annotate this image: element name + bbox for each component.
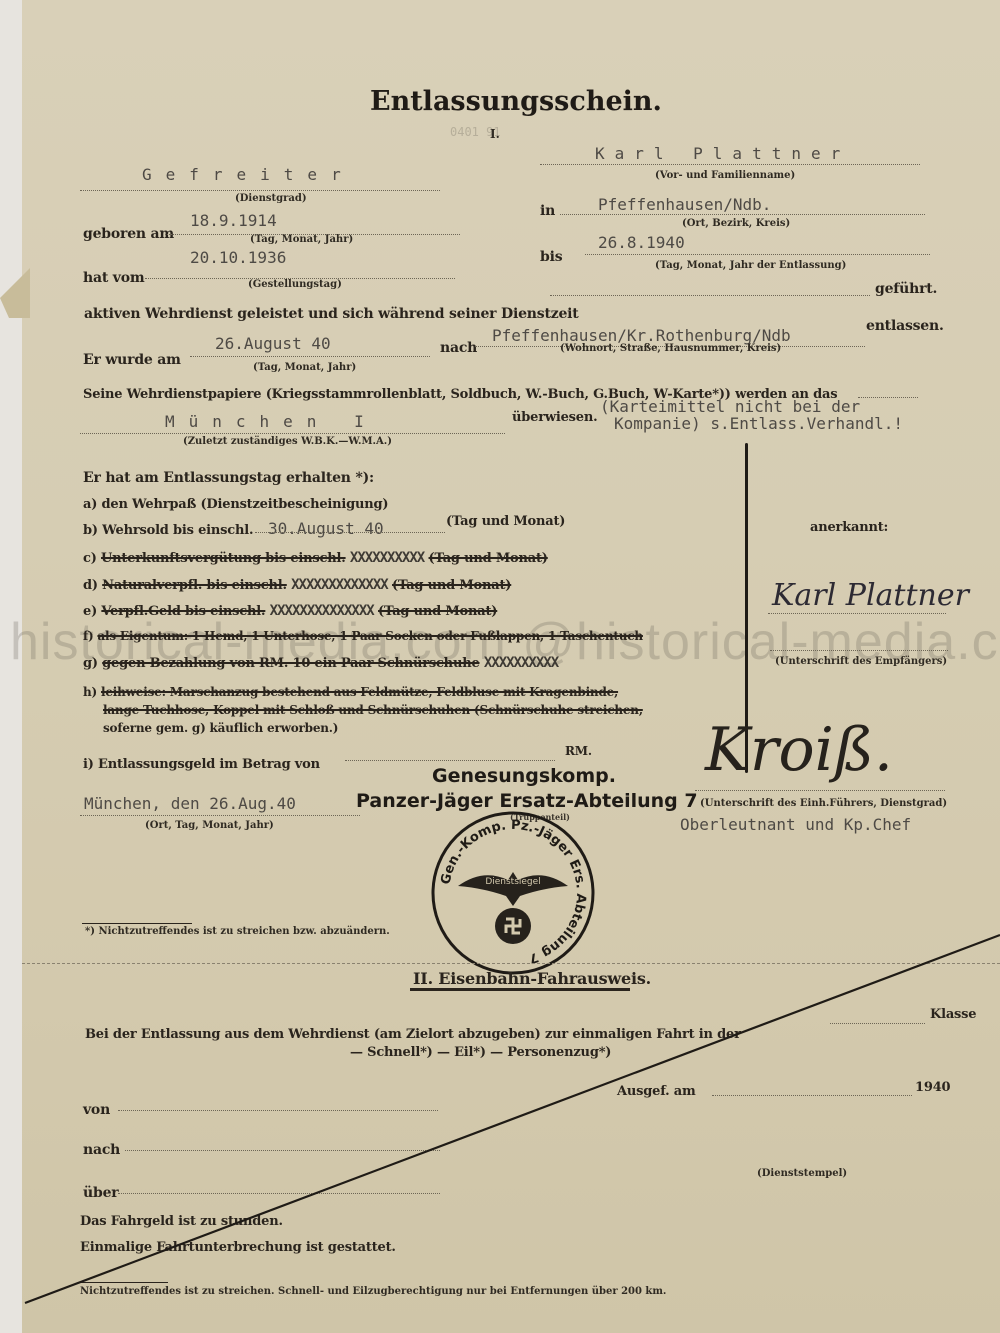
received-item-c: c) Unterkunftsvergütung bis einschl. XXX… — [83, 550, 548, 566]
rank-caption: (Dienstgrad) — [235, 193, 307, 204]
received-item-i-suffix: RM. — [565, 744, 592, 758]
official-seal-icon: Gen.-Komp. Pz.-Jäger Ers. Abteilung 7 Di… — [428, 808, 598, 978]
faded-stamp: 0401 91 — [450, 125, 501, 139]
papers-office: München I — [165, 412, 378, 431]
received-item-d: d) Naturalverpfl. bis einschl. XXXXXXXXX… — [83, 577, 511, 593]
section-two-sentence: Bei der Entlassung aus dem Wehrdienst (a… — [85, 1027, 741, 1042]
birth-caption: (Tag, Monat, Jahr) — [250, 234, 353, 245]
rank-value: Gefreiter — [142, 165, 355, 184]
from-label: hat vom — [83, 270, 144, 286]
class-line — [830, 1023, 925, 1024]
footnote: *) Nichtzutreffendes ist zu streichen bz… — [85, 926, 390, 937]
received-heading: Er hat am Entlassungstag erhalten *): — [83, 470, 374, 486]
birthplace-line — [560, 214, 925, 215]
received-item-b-value: 30.August 40 — [268, 519, 384, 538]
acknowledged-label: anerkannt: — [810, 520, 888, 535]
discharged-end: entlassen. — [866, 318, 944, 334]
from-value: 20.10.1936 — [190, 248, 286, 267]
place-date-line — [80, 815, 360, 816]
commander-signature: Kroiß. — [705, 715, 893, 785]
recipient-signature: Karl Plattner — [772, 578, 969, 613]
document-title: Entlassungsschein. — [370, 86, 662, 117]
place-date-caption: (Ort, Tag, Monat, Jahr) — [145, 820, 274, 831]
papers-office-line — [80, 433, 505, 434]
received-item-b: b) Wehrsold bis einschl. — [83, 523, 253, 538]
until-line — [585, 254, 930, 255]
name-line — [540, 164, 920, 165]
until-value: 26.8.1940 — [598, 233, 685, 252]
folded-corner — [0, 268, 30, 318]
to-station-field[interactable] — [125, 1150, 440, 1151]
break-note: Einmalige Fahrtunterbrechung ist gestatt… — [80, 1240, 396, 1255]
received-item-b-line — [255, 532, 445, 533]
service-end: geführt. — [875, 281, 937, 297]
birthplace-value: Pfeffenhausen/Ndb. — [598, 195, 771, 214]
from-station-label: von — [83, 1102, 110, 1118]
train-types: — Schnell*) — Eil*) — Personenzug*) — [350, 1045, 611, 1060]
received-item-e: e) Verpfl.Geld bis einschl. XXXXXXXXXXXX… — [83, 603, 497, 619]
commander-caption: (Unterschrift des Einh.Führers, Dienstgr… — [700, 798, 947, 809]
issued-label: Ausgef. am — [617, 1084, 696, 1099]
received-item-i: i) Entlassungsgeld im Betrag von — [83, 757, 320, 772]
stamp-caption: (Dienststempel) — [757, 1168, 847, 1179]
class-label: Klasse — [930, 1007, 976, 1022]
birth-label: geboren am — [83, 226, 174, 242]
name-value: Karl Plattner — [595, 144, 850, 163]
until-caption: (Tag, Monat, Jahr der Entlassung) — [655, 260, 846, 271]
received-item-h: h) leihweise: Marschanzug bestehend aus … — [83, 683, 643, 737]
acknowledged-caption: (Unterschrift des Empfängers) — [775, 656, 947, 667]
issued-year: 1940 — [915, 1080, 950, 1095]
birthplace-caption: (Ort, Bezirk, Kreis) — [682, 218, 790, 229]
commander-rank: Oberleutnant und Kp.Chef — [680, 815, 911, 834]
unit-stamp-line1: Genesungskomp. — [432, 765, 616, 787]
to-station-label: nach — [83, 1142, 120, 1158]
destination-caption: (Wohnort, Straße, Hausnummer, Kreis) — [560, 343, 781, 354]
svg-text:Dienstsiegel: Dienstsiegel — [485, 877, 540, 887]
section-divider — [22, 963, 1000, 964]
discharged-date: 26.August 40 — [215, 334, 331, 353]
via-station-label: über — [83, 1185, 118, 1201]
received-item-b-suffix: (Tag und Monat) — [446, 514, 565, 529]
recipient-signature-line — [768, 613, 946, 614]
service-line — [550, 295, 870, 296]
rank-line — [80, 190, 440, 191]
received-item-f: f) als Eigentum: 1 Hemd, 1 Unterhose, 1 … — [83, 629, 643, 643]
section-two-title: II. Eisenbahn-Fahrausweis. — [413, 969, 651, 988]
received-item-i-line — [345, 760, 555, 761]
received-item-a: a) den Wehrpaß (Dienstzeitbescheinigung) — [83, 497, 388, 512]
discharged-date-caption: (Tag, Monat, Jahr) — [253, 362, 356, 373]
recipient-signature-line-2 — [770, 650, 948, 651]
until-label: bis — [540, 249, 562, 265]
section-two-underline — [410, 988, 630, 991]
via-station-field[interactable] — [118, 1193, 440, 1194]
place-date-value: München, den 26.Aug.40 — [84, 794, 296, 813]
discharged-date-line — [190, 356, 430, 357]
birth-value: 18.9.1914 — [190, 211, 277, 230]
received-item-g: g) gegen Bezahlung von RM. 10 ein Paar S… — [83, 655, 558, 671]
issued-line — [712, 1095, 912, 1096]
from-caption: (Gestellungstag) — [248, 279, 342, 290]
footnote-two-rule — [80, 1282, 168, 1283]
fare-note: Das Fahrgeld ist zu stunden. — [80, 1214, 283, 1229]
discharged-to-label: nach — [440, 340, 477, 356]
birthplace-label: in — [540, 203, 555, 219]
section-two-footnote: Nichtzutreffendes ist zu streichen. Schn… — [80, 1286, 666, 1297]
discharged-label: Er wurde am — [83, 352, 181, 368]
papers-line-end — [858, 397, 918, 398]
papers-transferred: überwiesen. — [512, 410, 597, 425]
papers-office-caption: (Zuletzt zuständiges W.B.K.—W.M.A.) — [183, 436, 392, 447]
name-caption: (Vor- und Familienname) — [655, 170, 795, 181]
service-sentence: aktiven Wehrdienst geleistet und sich wä… — [84, 306, 579, 322]
commander-signature-line — [695, 790, 945, 791]
from-station-field[interactable] — [118, 1110, 438, 1111]
footnote-rule — [82, 923, 192, 924]
papers-note-line2: Kompanie) s.Entlass.Verhandl.! — [614, 414, 903, 433]
